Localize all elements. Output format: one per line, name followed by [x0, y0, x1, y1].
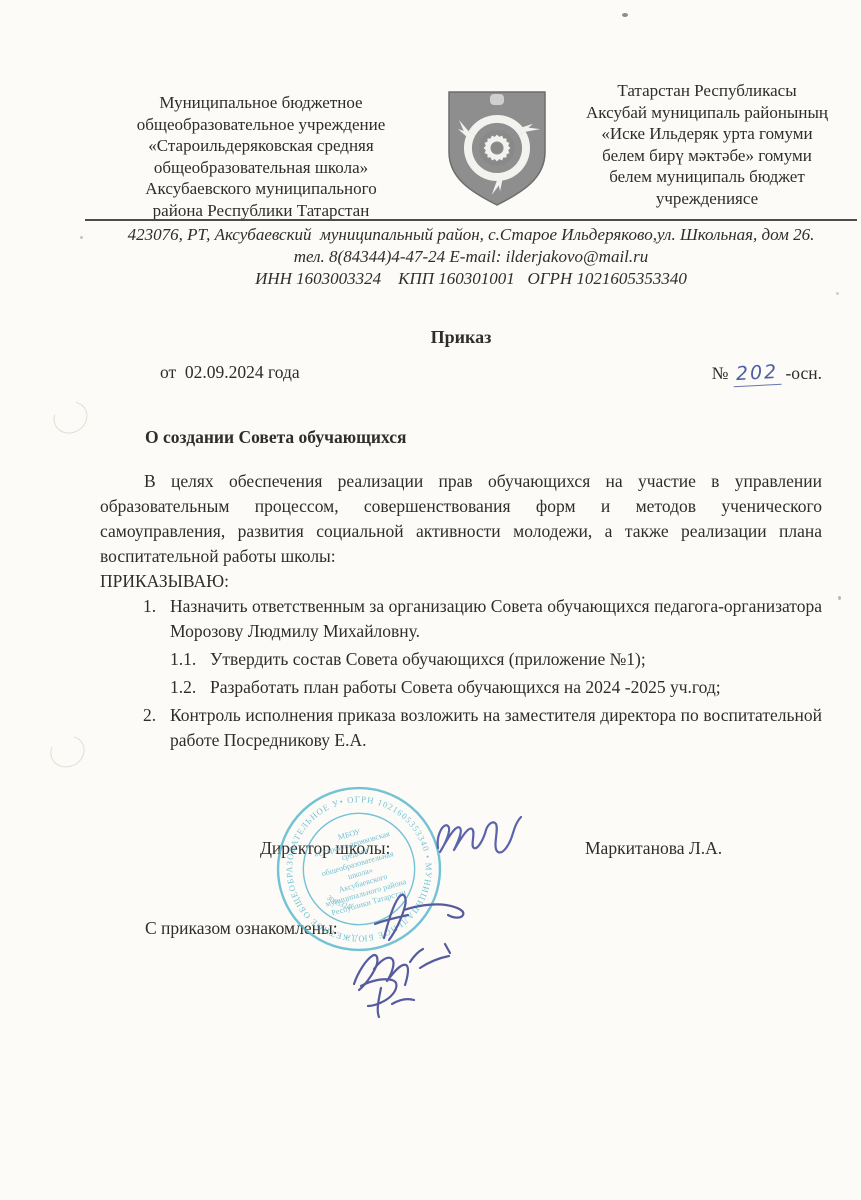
scan-speck: [80, 236, 83, 239]
org-ru-line: Муниципальное бюджетное: [85, 92, 437, 114]
decree-word: ПРИКАЗЫВАЮ:: [100, 569, 822, 594]
director-name: Маркитанова Л.А.: [585, 838, 722, 859]
org-tt-line: Татарстан Республикасы: [557, 80, 857, 102]
item-text: Разработать план работы Совета обучающих…: [210, 677, 721, 697]
phone-email-line: тел. 8(84344)4-47-24 E-mail: ilderjakovo…: [85, 246, 857, 268]
hole-punch-artifact: [45, 730, 90, 773]
item-number: 1.2.: [170, 675, 196, 700]
order-subject: О создании Совета обучающихся: [145, 427, 406, 448]
org-tt-line: «Иске Ильдеряк урта гомуми: [557, 123, 857, 145]
number-prefix: №: [712, 363, 733, 383]
org-tt-line: белем бирү мәктәбе» гомуми: [557, 145, 857, 167]
item-text: Контроль исполнения приказа возложить на…: [170, 705, 822, 750]
registry-codes-line: ИНН 1603003324 КПП 160301001 ОГРН 102160…: [85, 268, 857, 290]
acknowledgment-signature-1: [360, 888, 472, 948]
org-ru-line: общеобразовательное учреждение: [85, 114, 437, 136]
hole-punch-artifact: [48, 395, 94, 439]
order-number: № 202 -осн.: [712, 362, 822, 386]
header-divider: [85, 219, 857, 221]
org-ru-line: Аксубаевского муниципального: [85, 178, 437, 200]
director-label: Директор школы:: [260, 838, 390, 859]
item-text: Назначить ответственным за организацию С…: [170, 596, 822, 641]
org-tt-line: белем муниципаль бюджет: [557, 166, 857, 188]
number-suffix: -осн.: [781, 363, 822, 383]
stamp-line: Аксубаевского: [338, 872, 389, 895]
letterhead: Муниципальное бюджетное общеобразователь…: [85, 86, 857, 221]
date-number-row: от 02.09.2024 года № 202 -осн.: [100, 362, 822, 386]
contact-info: 423076, РТ, Аксубаевский муниципальный р…: [85, 224, 857, 290]
document-title: Приказ: [100, 327, 822, 348]
item-number: 1.1.: [170, 647, 196, 672]
stamp-line: муниципального района: [324, 877, 407, 909]
order-item-1-1: 1.1. Утвердить состав Совета обучающихся…: [100, 647, 822, 672]
item-number: 1.: [143, 594, 156, 619]
scan-speck: [838, 596, 841, 600]
order-date: от 02.09.2024 года: [160, 362, 300, 386]
acknowledgment-signature-3: [348, 966, 430, 1022]
scanned-order-document: Муниципальное бюджетное общеобразователь…: [0, 0, 861, 1200]
org-tt-line: Аксубай муниципаль районының: [557, 102, 857, 124]
org-ru-line: района Республики Татарстан: [85, 200, 437, 222]
order-item-2: 2. Контроль исполнения приказа возложить…: [100, 703, 822, 753]
org-ru-line: общеобразовательная школа»: [85, 157, 437, 179]
acknowledged-label: С приказом ознакомлены:: [145, 918, 338, 939]
org-name-tatar: Татарстан Республикасы Аксубай муниципал…: [557, 80, 857, 221]
acknowledgment-signature-2: [344, 934, 466, 1000]
scan-speck: [622, 13, 628, 17]
coat-of-arms-icon: [438, 86, 556, 221]
handwritten-order-number: 202: [732, 361, 781, 387]
stamp-line: Республики Татарстан: [330, 887, 407, 917]
order-item-1-2: 1.2. Разработать план работы Совета обуч…: [100, 675, 822, 700]
school-round-stamp: • ОГРН 1021605353340 • МУНИЦИПАЛЬНОЕ БЮД…: [253, 763, 466, 976]
director-signature-row: Директор школы: Маркитанова Л.А.: [100, 838, 822, 868]
order-item-1: 1. Назначить ответственным за организаци…: [100, 594, 822, 644]
scan-speck: [836, 292, 839, 295]
item-number: 2.: [143, 703, 156, 728]
item-text: Утвердить состав Совета обучающихся (при…: [210, 649, 646, 669]
org-tt-line: учреждениясе: [557, 188, 857, 210]
org-name-russian: Муниципальное бюджетное общеобразователь…: [85, 92, 437, 221]
address-line: 423076, РТ, Аксубаевский муниципальный р…: [85, 224, 857, 246]
org-ru-line: «Староильдеряковская средняя: [85, 135, 437, 157]
preamble-paragraph: В целях обеспечения реализации прав обуч…: [100, 469, 822, 569]
order-body: В целях обеспечения реализации прав обуч…: [100, 469, 822, 753]
